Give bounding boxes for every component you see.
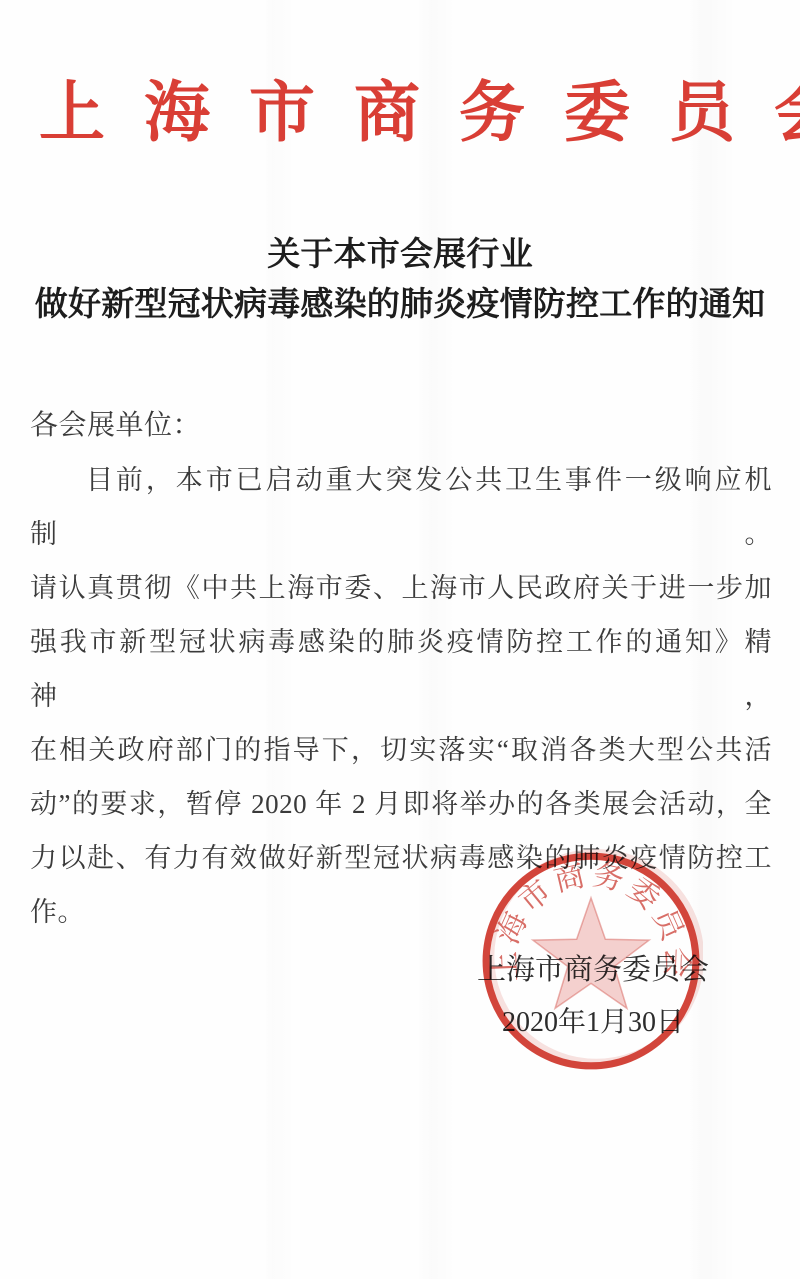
official-seal: 上海市商务委员会 (479, 849, 703, 1073)
body-line: 目前，本市已启动重大突发公共卫生事件一级响应机制。 (30, 453, 772, 561)
body-line: 动”的要求，暂停 2020 年 2 月即将举办的各类展会活动，全 (30, 777, 772, 831)
salutation: 各会展单位： (30, 399, 772, 453)
seal-star-icon (533, 898, 649, 1008)
body-line: 请认真贯彻《中共上海市委、上海市人民政府关于进一步加 (30, 561, 772, 615)
notice-title: 关于本市会展行业 做好新型冠状病毒感染的肺炎疫情防控工作的通知 (0, 230, 800, 330)
notice-title-line1: 关于本市会展行业 (0, 230, 800, 280)
notice-title-line2: 做好新型冠状病毒感染的肺炎疫情防控工作的通知 (0, 280, 800, 330)
document-page: 上海市商务委员会 关于本市会展行业 做好新型冠状病毒感染的肺炎疫情防控工作的通知… (0, 0, 800, 1279)
body-line: 强我市新型冠状病毒感染的肺炎疫情防控工作的通知》精神， (30, 615, 772, 723)
org-letterhead: 上海市商务委员会 (0, 76, 800, 152)
body-line: 在相关政府部门的指导下，切实落实“取消各类大型公共活 (30, 723, 772, 777)
